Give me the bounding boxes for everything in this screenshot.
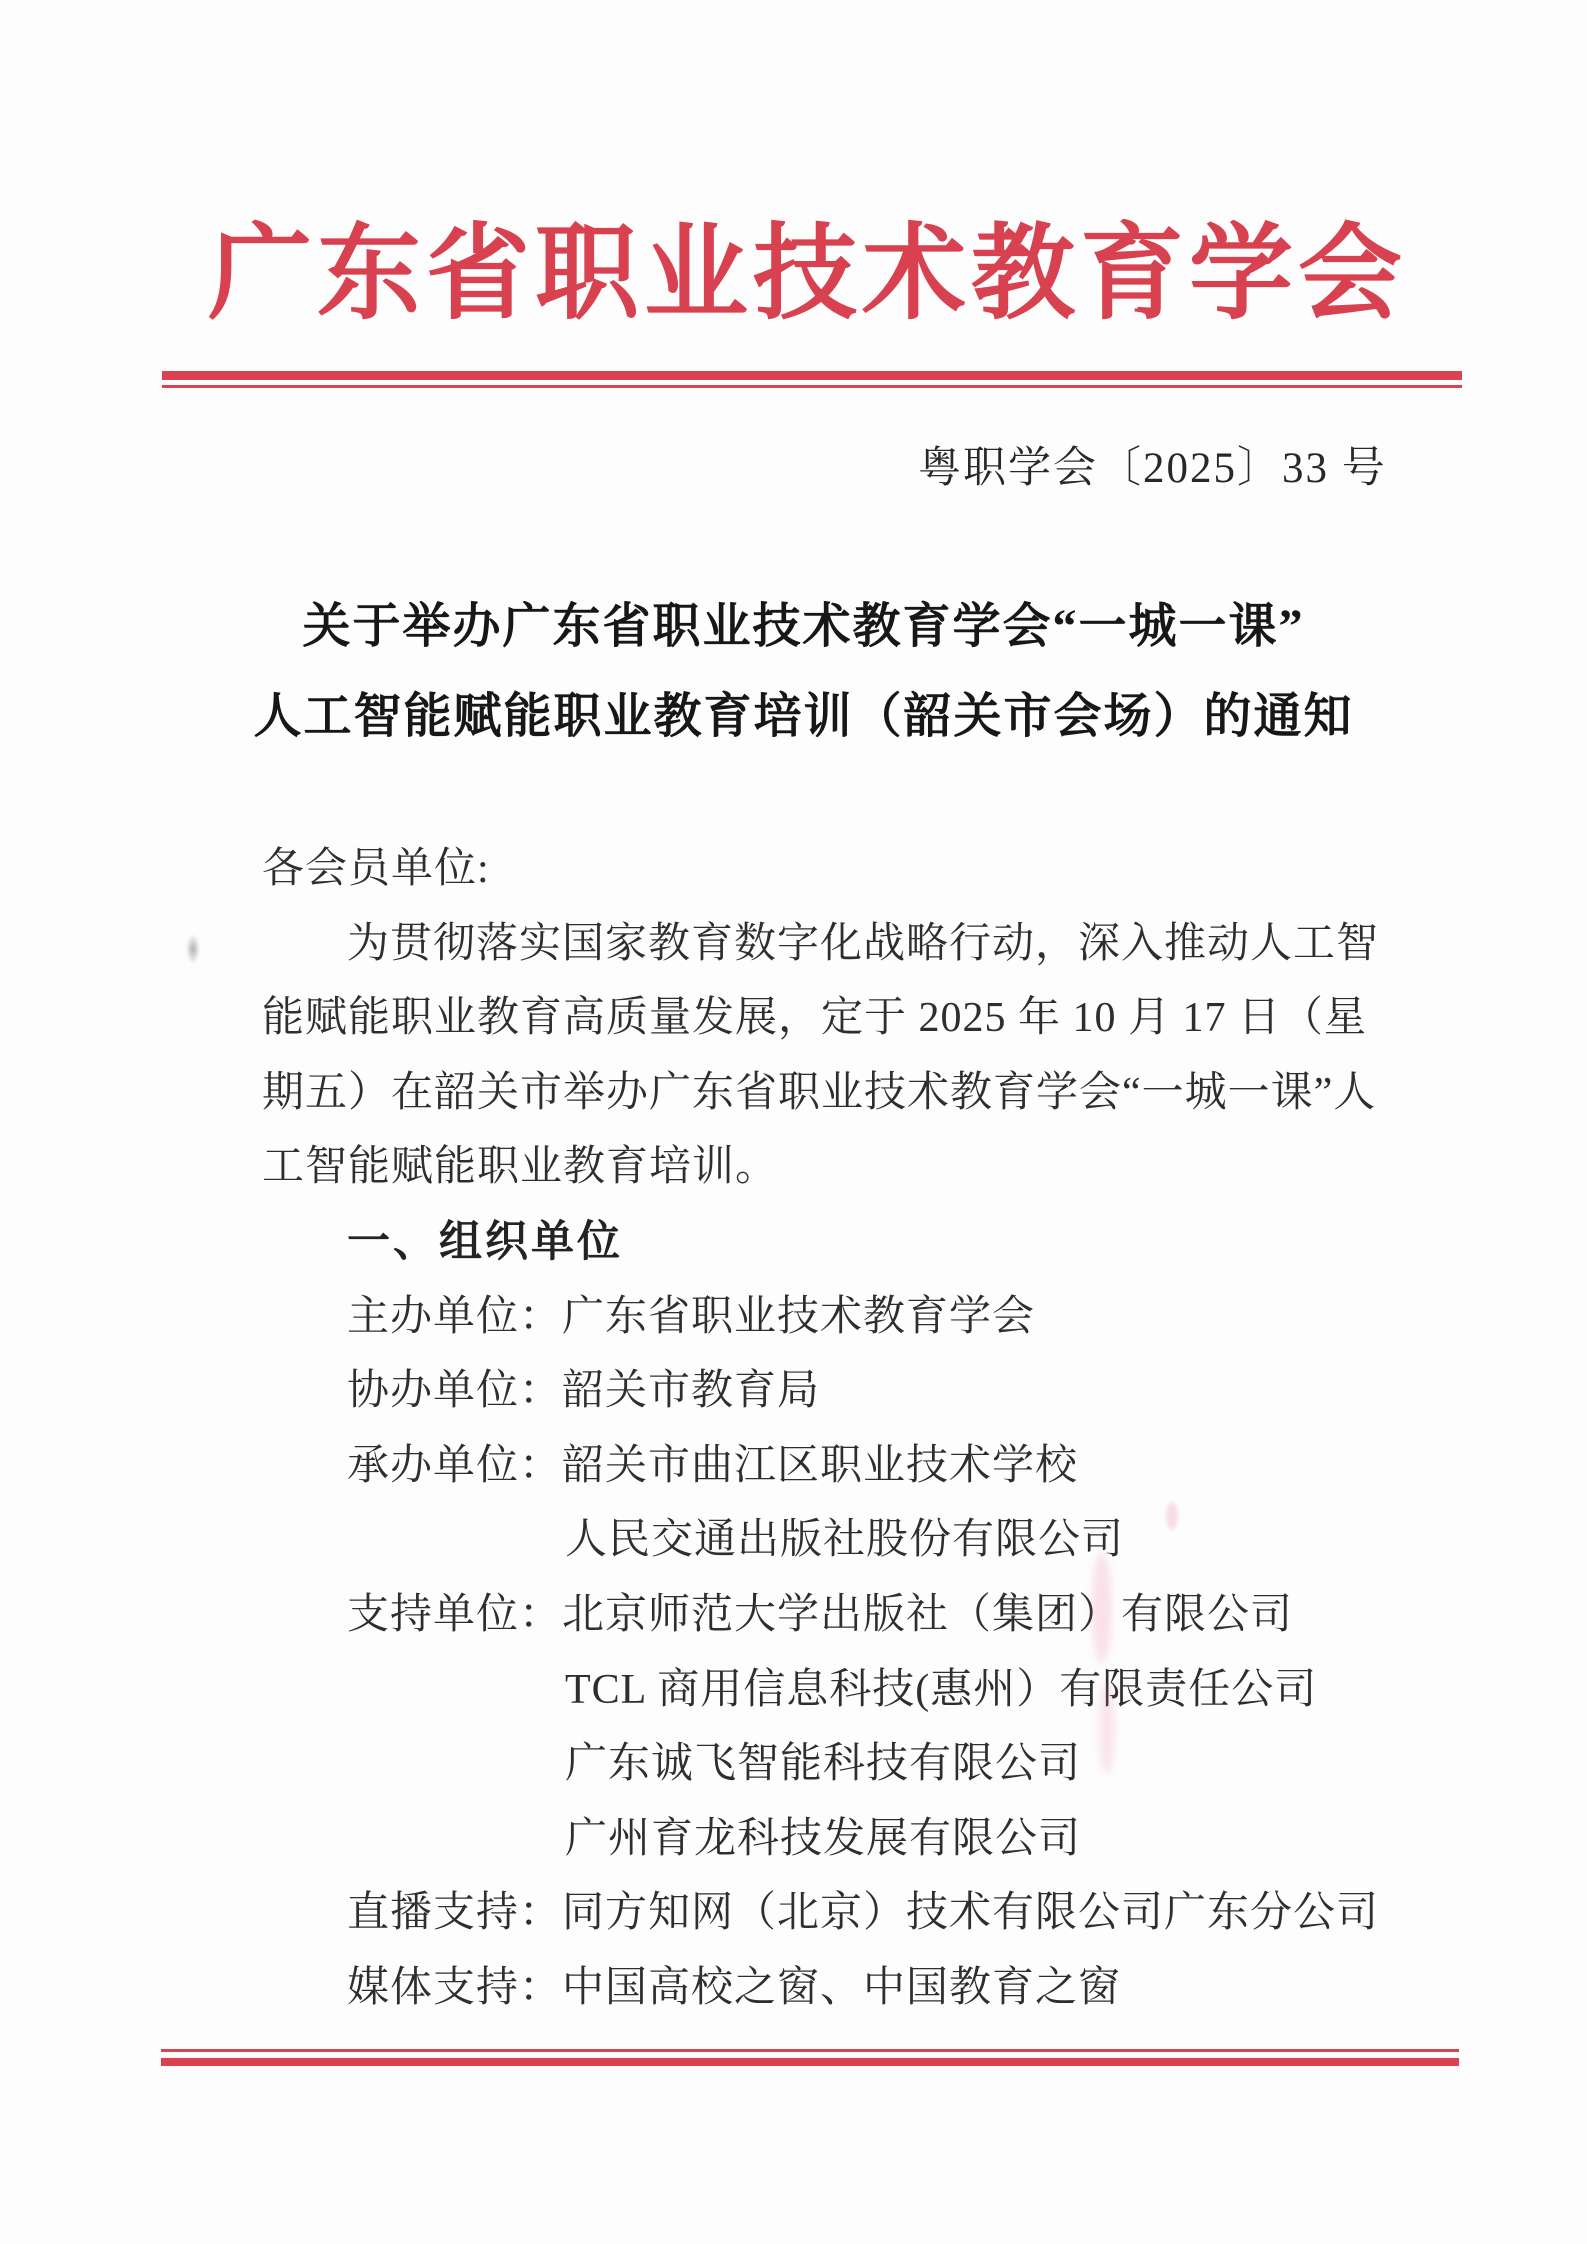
organizer-host-line: 主办单位：广东省职业技术教育学会 <box>262 1280 1372 1355</box>
organizer-support-continuation: 广州育龙科技发展有限公司 <box>262 1802 1372 1877</box>
salutation: 各会员单位: <box>262 832 1372 907</box>
document-title-line2: 人工智能赋能职业教育培训（韶关市会场）的通知 <box>20 672 1587 762</box>
organizer-undertaker-continuation: 人民交通出版社股份有限公司 <box>262 1503 1372 1578</box>
organizer-support-continuation: 广东诚飞智能科技有限公司 <box>262 1727 1372 1802</box>
organizer-support-continuation: TCL 商用信息科技(惠州）有限责任公司 <box>262 1653 1372 1728</box>
paragraph-line: 为贯彻落实国家教育数字化战略行动，深入推动人工智 <box>262 907 1372 982</box>
paragraph-line: 期五）在韶关市举办广东省职业技术教育学会“一城一课”人 <box>262 1056 1372 1131</box>
paragraph-line: 能赋能职业教育高质量发展，定于 2025 年 10 月 17 日（星 <box>262 981 1372 1056</box>
document-title: 关于举办广东省职业技术教育学会“一城一课” 人工智能赋能职业教育培训（韶关市会场… <box>0 582 1587 762</box>
organizer-coorg-line: 协办单位：韶关市教育局 <box>262 1354 1372 1429</box>
scan-artifact <box>186 934 200 964</box>
document-number: 粤职学会〔2025〕33 号 <box>918 440 1387 498</box>
live-broadcast-support-line: 直播支持：同方知网（北京）技术有限公司广东分公司 <box>262 1876 1372 1951</box>
footer-double-rule <box>161 2049 1459 2066</box>
document-page: 广东省职业技术教育学会 粤职学会〔2025〕33 号 关于举办广东省职业技术教育… <box>0 0 1587 2244</box>
paragraph-line: 工智能赋能职业教育培训。 <box>262 1130 1372 1205</box>
organizer-support-line: 支持单位：北京师范大学出版社（集团）有限公司 <box>262 1578 1372 1653</box>
letterhead-double-rule <box>162 371 1462 388</box>
organizer-undertaker-line: 承办单位：韶关市曲江区职业技术学校 <box>262 1429 1372 1504</box>
document-body: 各会员单位: 为贯彻落实国家教育数字化战略行动，深入推动人工智 能赋能职业教育高… <box>262 832 1372 2026</box>
document-title-line1: 关于举办广东省职业技术教育学会“一城一课” <box>20 582 1587 672</box>
section-heading-organizers: 一、组织单位 <box>262 1205 1372 1280</box>
letterhead-org-name: 广东省职业技术教育学会 <box>0 212 1587 338</box>
media-support-line: 媒体支持：中国高校之窗、中国教育之窗 <box>262 1951 1372 2026</box>
